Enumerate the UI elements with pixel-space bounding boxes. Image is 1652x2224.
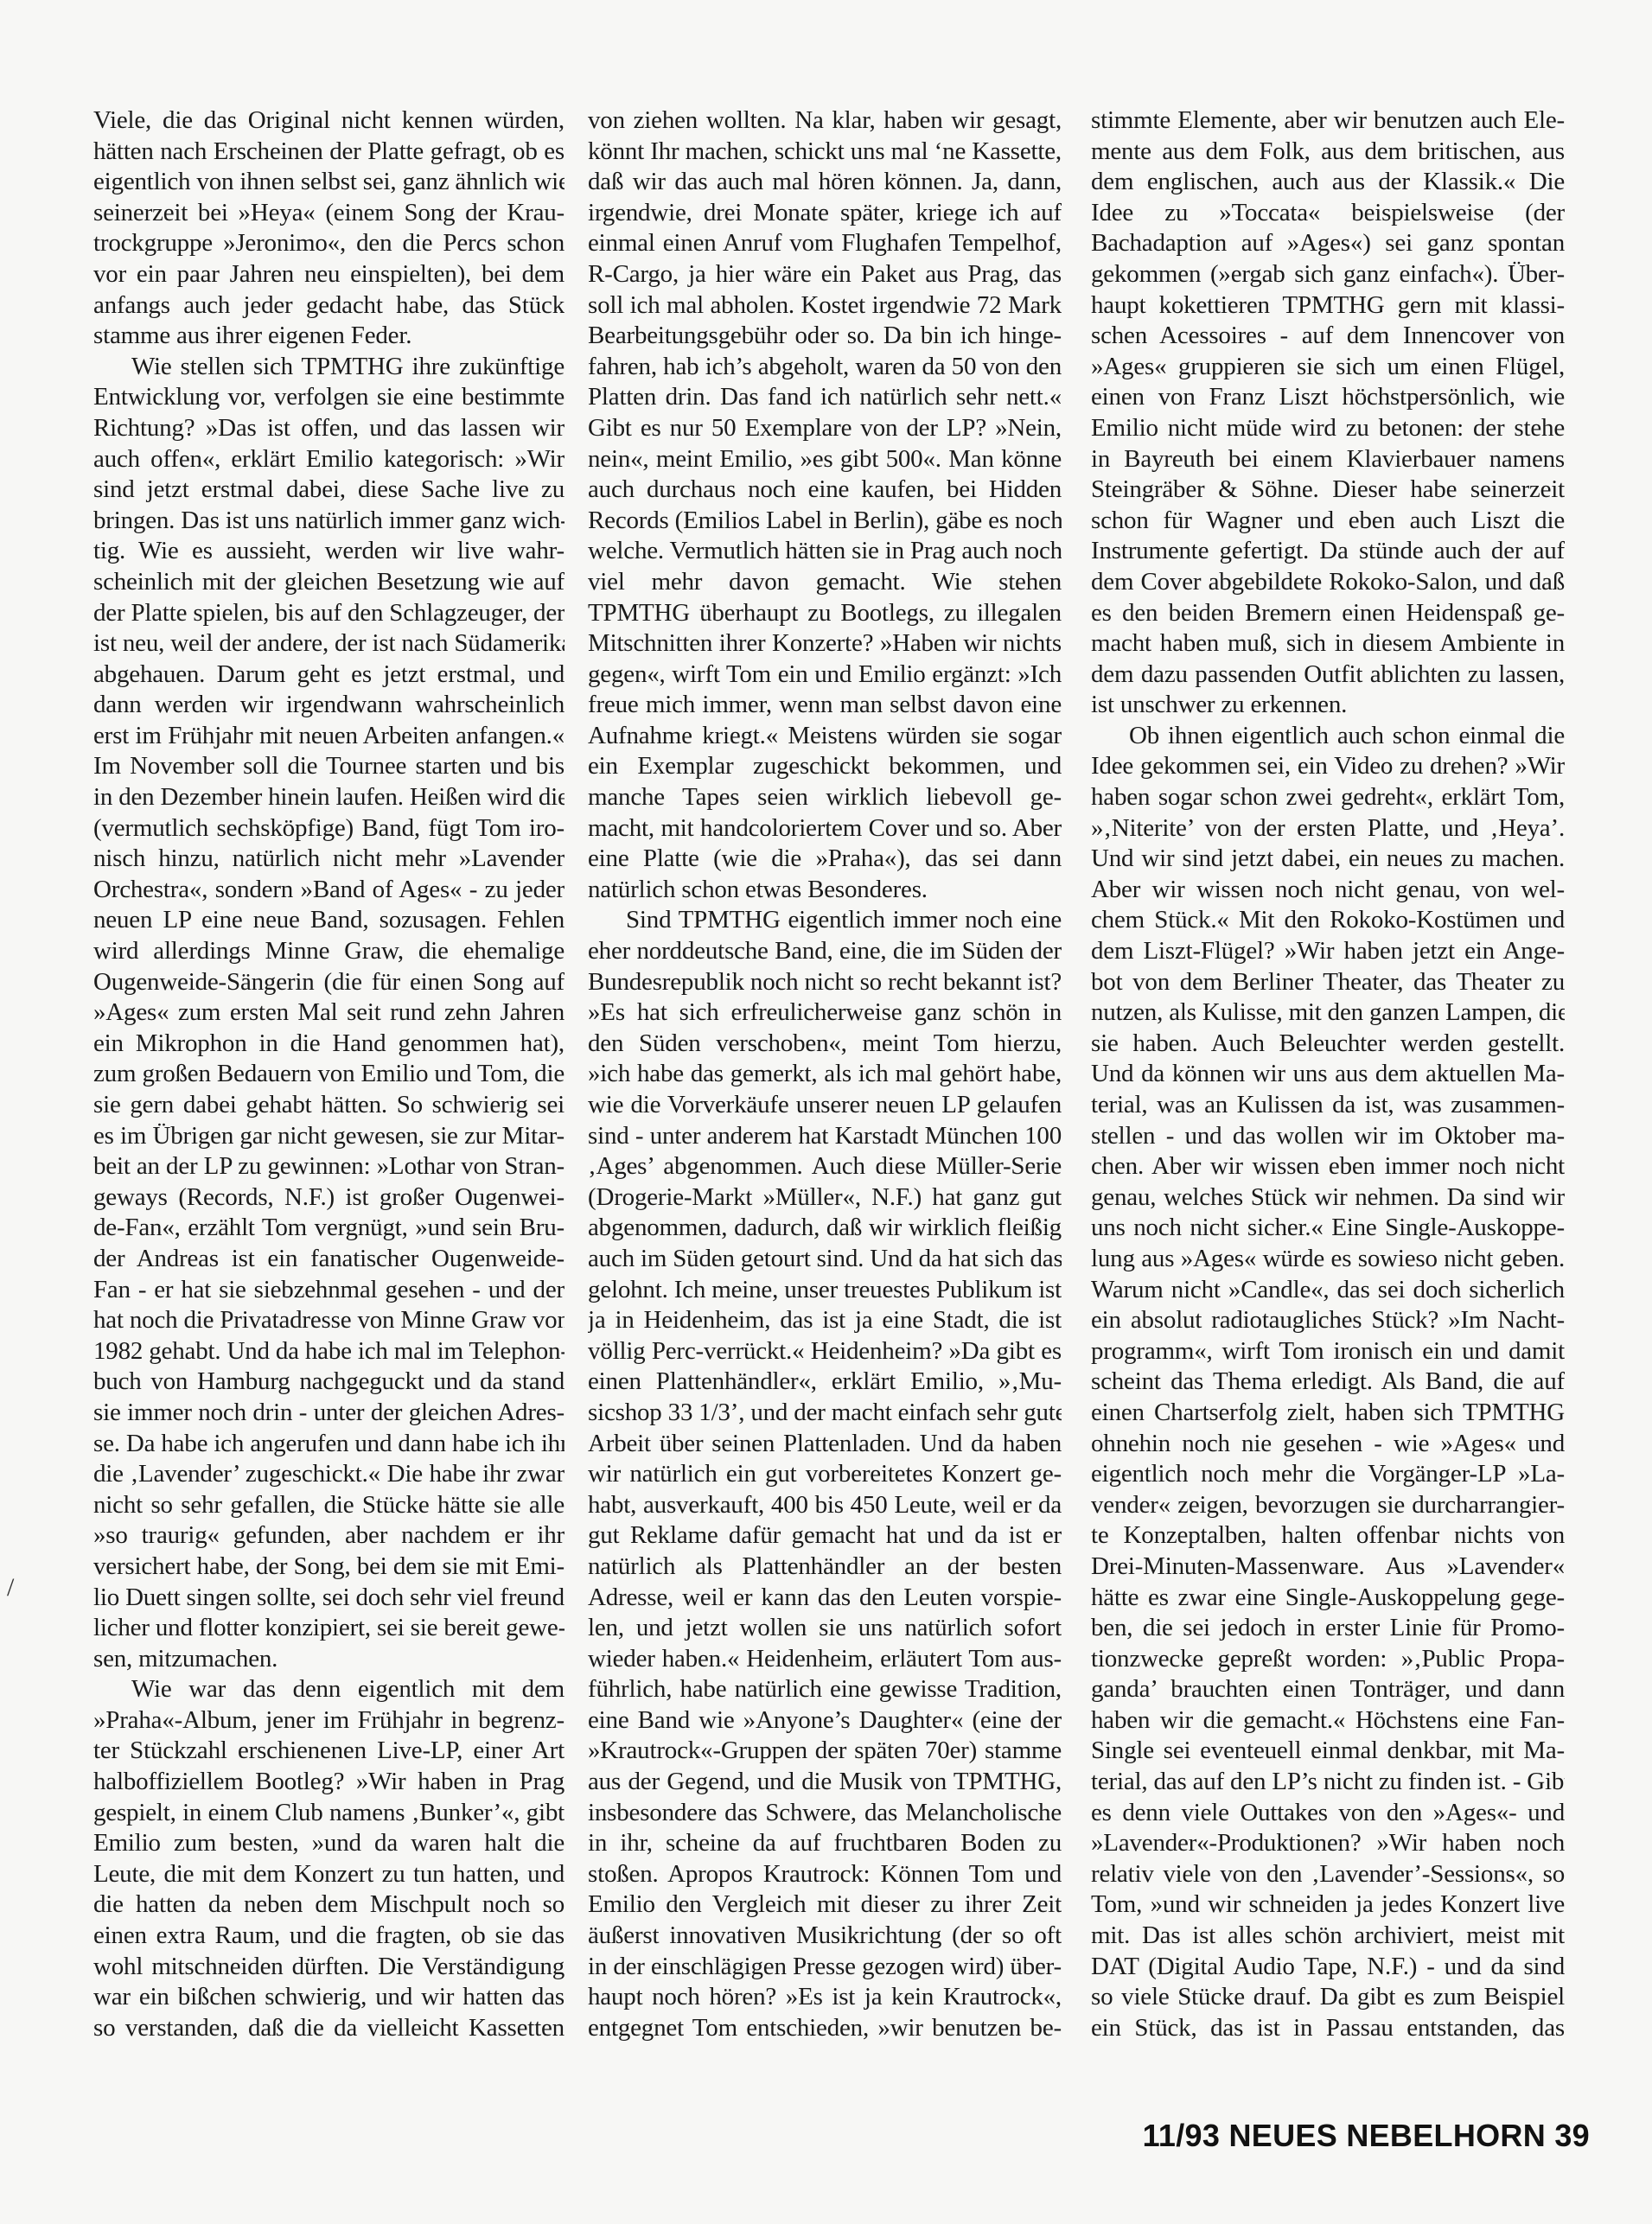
text-line: in den Dezember hinein laufen. Heißen wi… [93, 782, 564, 813]
text-line: fahren, hab ich’s abgeholt, waren da 50 … [588, 352, 1062, 383]
text-line: haupt kokettieren TPMTHG gern mit klassi… [1091, 290, 1565, 322]
magazine-page: / Viele, die das Original nicht kennen w… [0, 0, 1652, 2224]
text-line: schen Acessoires - auf dem Innencover vo… [1091, 321, 1565, 352]
text-line: tionzwecke gepreßt worden: »‚Public Prop… [1091, 1644, 1565, 1675]
text-line: Bachadaption auf »Ages«) sei ganz sponta… [1091, 228, 1565, 259]
text-line: Und wir sind jetzt dabei, ein neues zu m… [1091, 844, 1565, 875]
article-column-1: Viele, die das Original nicht kennen wür… [93, 105, 564, 2043]
text-line: haupt noch hören? »Es ist ja kein Krautr… [588, 1982, 1062, 2013]
text-line: programm«, wirft Tom ironisch ein und da… [1091, 1336, 1565, 1367]
text-line: eigentlich von ihnen selbst sei, ganz äh… [93, 167, 564, 198]
text-line: stoßen. Apropos Krautrock: Können Tom un… [588, 1859, 1062, 1890]
text-line: Aber wir wissen noch nicht genau, von we… [1091, 875, 1565, 906]
text-line: Bearbeitungsgebühr oder so. Da bin ich h… [588, 321, 1062, 352]
text-line: chen. Aber wir wissen eben immer noch ni… [1091, 1151, 1565, 1182]
text-line: scheinlich mit der gleichen Besetzung wi… [93, 567, 564, 598]
text-line: »Ages« gruppieren sie sich um einen Flüg… [1091, 352, 1565, 383]
text-line: Idee gekommen sei, ein Video zu drehen? … [1091, 751, 1565, 782]
text-line: haben wir die gemacht.« Höchstens eine F… [1091, 1705, 1565, 1737]
text-line: »‚Niterite’ von der ersten Platte, und ‚… [1091, 813, 1565, 844]
text-line: stamme aus ihrer eigenen Feder. [93, 321, 564, 352]
text-line: vor ein paar Jahren neu einspielten), be… [93, 259, 564, 290]
text-line: buch von Hamburg nachgeguckt und da stan… [93, 1367, 564, 1398]
text-line: wieder haben.« Heidenheim, erläutert Tom… [588, 1644, 1062, 1675]
text-line: völlig Perc-verrückt.« Heidenheim? »Da g… [588, 1336, 1062, 1367]
text-line: relativ viele von den ‚Lavender’-Session… [1091, 1859, 1565, 1890]
text-line: Mitschnitten ihrer Konzerte? »Haben wir … [588, 628, 1062, 660]
text-line: eine Band wie »Anyone’s Daughter« (eine … [588, 1705, 1062, 1737]
text-line: TPMTHG überhaupt zu Bootlegs, zu illegal… [588, 598, 1062, 629]
text-line: hätten nach Erscheinen der Platte gefrag… [93, 137, 564, 168]
text-line: gegen«, wirft Tom ein und Emilio ergänzt… [588, 660, 1062, 691]
text-line: chem Stück.« Mit den Rokoko-Kostümen und [1091, 905, 1565, 936]
text-line: war ein bißchen schwierig, und wir hatte… [93, 1982, 564, 2013]
text-line: der Andreas ist ein fanatischer Ougenwei… [93, 1244, 564, 1275]
text-line: eher norddeutsche Band, eine, die im Süd… [588, 936, 1062, 967]
text-line: gelohnt. Ich meine, unser treuestes Publ… [588, 1275, 1062, 1306]
text-line: anfangs auch jeder gedacht habe, das Stü… [93, 290, 564, 322]
text-line: manche Tapes seien wirklich liebevoll ge… [588, 782, 1062, 813]
text-line: einen Plattenhändler«, erklärt Emilio, »… [588, 1367, 1062, 1398]
text-line: wir natürlich ein gut vorbereitetes Konz… [588, 1459, 1062, 1490]
text-line: lung aus »Ages« würde es sowieso nicht g… [1091, 1244, 1565, 1275]
text-line: (Drogerie-Markt »Müller«, N.F.) hat ganz… [588, 1182, 1062, 1214]
text-line: äußerst innovativen Musikrichtung (der s… [588, 1921, 1062, 1952]
text-line: gut Reklame dafür gemacht hat und da ist… [588, 1520, 1062, 1552]
text-line: könnt Ihr machen, schickt uns mal ‘ne Ka… [588, 137, 1062, 168]
text-line: natürlich schon etwas Besonderes. [588, 875, 1062, 906]
text-line: sind jetzt erstmal dabei, diese Sache li… [93, 475, 564, 506]
text-line: stimmte Elemente, aber wir benutzen auch… [1091, 105, 1565, 137]
text-line: in der einschlägigen Presse gezogen wird… [588, 1952, 1062, 1983]
text-line: hat noch die Privatadresse von Minne Gra… [93, 1305, 564, 1336]
text-line: auch durchaus noch eine kaufen, bei Hidd… [588, 475, 1062, 506]
text-line: »Praha«-Album, jener im Frühjahr in begr… [93, 1705, 564, 1737]
text-line: welche. Vermutlich hätten sie in Prag au… [588, 536, 1062, 567]
text-line: se. Da habe ich angerufen und dann habe … [93, 1429, 564, 1460]
text-line: Adresse, weil er kann das den Leuten vor… [588, 1583, 1062, 1614]
page-footer: 11/93 NEUES NEBELHORN 39 [1143, 2118, 1590, 2154]
text-line: geways (Records, N.F.) ist großer Ougenw… [93, 1182, 564, 1214]
text-line: den Süden verschoben«, meint Tom hierzu, [588, 1029, 1062, 1060]
text-line: schon für Wagner und eben auch Liszt die [1091, 506, 1565, 537]
text-line: sicshop 33 1/3’, und der macht einfach s… [588, 1398, 1062, 1429]
text-line: Entwicklung vor, verfolgen sie eine best… [93, 382, 564, 413]
text-line: versichert habe, der Song, bei dem sie m… [93, 1552, 564, 1583]
text-line: Records (Emilios Label in Berlin), gäbe … [588, 506, 1062, 537]
text-line: Orchestra«, sondern »Band of Ages« - zu … [93, 875, 564, 906]
text-line: ist neu, weil der andere, der ist nach S… [93, 628, 564, 660]
text-line: bot von dem Berliner Theater, das Theate… [1091, 967, 1565, 998]
text-line: freue mich immer, wenn man selbst davon … [588, 690, 1062, 721]
text-line: ‚Ages’ abgenommen. Auch diese Müller-Ser… [588, 1151, 1062, 1182]
text-line: auch offen«, erklärt Emilio kategorisch:… [93, 444, 564, 475]
text-line: mit. Das ist alles schön archiviert, mei… [1091, 1921, 1565, 1952]
text-line: sie gern dabei gehabt hätten. So schwier… [93, 1090, 564, 1121]
text-line: es im Übrigen gar nicht gewesen, sie zur… [93, 1121, 564, 1152]
text-line: abgehauen. Darum geht es jetzt erstmal, … [93, 660, 564, 691]
text-line: wird allerdings Minne Graw, die ehemalig… [93, 936, 564, 967]
text-line: ein Stück, das ist in Passau entstanden,… [1091, 2013, 1565, 2044]
text-line: Emilio zum besten, »und da waren halt di… [93, 1828, 564, 1859]
text-line: »Es hat sich erfreulicherweise ganz schö… [588, 997, 1062, 1029]
text-line: licher und flotter konzipiert, sei sie b… [93, 1613, 564, 1644]
text-line: Aufnahme kriegt.« Meistens würden sie so… [588, 721, 1062, 752]
text-line: dem englischen, auch aus der Klassik.« D… [1091, 167, 1565, 198]
text-line: Ougenweide-Sängerin (die für einen Song … [93, 967, 564, 998]
footer-issue: 11/93 [1143, 2118, 1221, 2153]
text-line: entgegnet Tom entschieden, »wir benutzen… [588, 2013, 1062, 2044]
text-line: auch im Süden getourt sind. Und da hat s… [588, 1244, 1062, 1275]
article-column-3: stimmte Elemente, aber wir benutzen auch… [1091, 105, 1565, 2043]
text-line: Platten drin. Das fand ich natürlich seh… [588, 382, 1062, 413]
footer-page-number: 39 [1554, 2118, 1590, 2153]
scan-artifact-mark: / [7, 1573, 14, 1603]
text-line: nicht so sehr gefallen, die Stücke hätte… [93, 1490, 564, 1521]
text-line: hätte es zwar eine Single-Auskoppelung g… [1091, 1583, 1565, 1614]
paragraph-first-line: Ob ihnen eigentlich auch schon einmal di… [1091, 721, 1565, 752]
article-column-2: von ziehen wollten. Na klar, haben wir g… [588, 105, 1062, 2043]
text-line: Leute, die mit dem Konzert zu tun hatten… [93, 1859, 564, 1890]
text-line: gespielt, in einem Club namens ‚Bunker’«… [93, 1798, 564, 1829]
text-line: DAT (Digital Audio Tape, N.F.) - und da … [1091, 1952, 1565, 1983]
text-line: erst im Frühjahr mit neuen Arbeiten anfa… [93, 721, 564, 752]
text-line: terial, das auf den LP’s nicht zu finden… [1091, 1767, 1565, 1798]
text-line: uns noch nicht sicher.« Eine Single-Ausk… [1091, 1213, 1565, 1244]
text-line: eine Platte (wie die »Praha«), das sei d… [588, 844, 1062, 875]
text-line: Single sei eventeuell einmal denkbar, mi… [1091, 1736, 1565, 1767]
text-line: »so traurig« gefunden, aber nachdem er i… [93, 1520, 564, 1552]
text-line: ganda’ brauchten einen Tonträger, und da… [1091, 1674, 1565, 1705]
text-line: nein«, meint Emilio, »es gibt 500«. Man … [588, 444, 1062, 475]
text-line: in Bayreuth bei einem Klavierbauer namen… [1091, 444, 1565, 475]
text-line: len, und jetzt wollen sie uns natürlich … [588, 1613, 1062, 1644]
text-line: 1982 gehabt. Und da habe ich mal im Tele… [93, 1336, 564, 1367]
text-line: Steingräber & Söhne. Dieser habe seinerz… [1091, 475, 1565, 506]
text-line: von ziehen wollten. Na klar, haben wir g… [588, 105, 1062, 137]
text-line: trockgruppe »Jeronimo«, den die Percs sc… [93, 228, 564, 259]
text-line: macht, mit handcoloriertem Cover und so.… [588, 813, 1062, 844]
text-line: irgendwie, drei Monate später, kriege ic… [588, 198, 1062, 229]
text-line: sie immer noch drin - unter der gleichen… [93, 1398, 564, 1429]
text-line: halboffiziellem Bootleg? »Wir haben in P… [93, 1767, 564, 1798]
text-line: nisch hinzu, natürlich nicht mehr »Laven… [93, 844, 564, 875]
text-line: gekommen (»ergab sich ganz einfach«). Üb… [1091, 259, 1565, 290]
text-line: führlich, habe natürlich eine gewisse Tr… [588, 1674, 1062, 1705]
text-line: eigentlich noch mehr die Vorgänger-LP »L… [1091, 1459, 1565, 1490]
text-line: so viele Stücke drauf. Da gibt es zum Be… [1091, 1982, 1565, 2013]
text-line: ben, die sei jedoch in erster Linie für … [1091, 1613, 1565, 1644]
text-line: Tom, »und wir schneiden ja jedes Konzert… [1091, 1889, 1565, 1921]
text-line: die ‚Lavender’ zugeschickt.« Die habe ih… [93, 1459, 564, 1490]
text-line: ein Exemplar zugeschickt bekommen, und [588, 751, 1062, 782]
text-line: Idee zu »Toccata« beispielsweise (der [1091, 198, 1565, 229]
text-line: in ihr, scheine da auf fruchtbaren Boden… [588, 1828, 1062, 1859]
text-line: »Krautrock«-Gruppen der späten 70er) sta… [588, 1736, 1062, 1767]
text-line: bringen. Das ist uns natürlich immer gan… [93, 506, 564, 537]
text-line: R-Cargo, ja hier wäre ein Paket aus Prag… [588, 259, 1062, 290]
text-line: so verstanden, daß die da vielleicht Kas… [93, 2013, 564, 2044]
text-line: ein Mikrophon in die Hand genommen hat), [93, 1029, 564, 1060]
text-line: natürlich als Plattenhändler an der best… [588, 1552, 1062, 1583]
text-line: Viele, die das Original nicht kennen wür… [93, 105, 564, 137]
text-line: viel mehr davon gemacht. Wie stehen [588, 567, 1062, 598]
text-line: ja in Heidenheim, das ist ja eine Stadt,… [588, 1305, 1062, 1336]
text-line: ohnehin noch nie gesehen - wie »Ages« un… [1091, 1429, 1565, 1460]
text-line: insbesondere das Schwere, das Melancholi… [588, 1798, 1062, 1829]
text-line: Im November soll die Tournee starten und… [93, 751, 564, 782]
text-line: Warum nicht »Candle«, das sei doch siche… [1091, 1275, 1565, 1306]
text-line: »Ages« zum ersten Mal seit rund zehn Jah… [93, 997, 564, 1029]
text-line: Instrumente gefertigt. Da stünde auch de… [1091, 536, 1565, 567]
text-line: Und da können wir uns aus dem aktuellen … [1091, 1059, 1565, 1090]
text-line: dem dazu passenden Outfit ablichten zu l… [1091, 660, 1565, 691]
text-line: einmal einen Anruf vom Flughafen Tempelh… [588, 228, 1062, 259]
text-line: wohl mitschneiden dürften. Die Verständi… [93, 1952, 564, 1983]
text-line: haben sogar schon zwei gedreht«, erklärt… [1091, 782, 1565, 813]
text-line: terial, was an Kulissen da ist, was zusa… [1091, 1090, 1565, 1121]
text-line: stellen - und das wollen wir im Oktober … [1091, 1121, 1565, 1152]
text-line: Bundesrepublik noch nicht so recht bekan… [588, 967, 1062, 998]
paragraph-first-line: Wie stellen sich TPMTHG ihre zukünftige [93, 352, 564, 383]
text-line: genau, welches Stück wir nehmen. Da sind… [1091, 1182, 1565, 1214]
text-line: Gibt es nur 50 Exemplare von der LP? »Ne… [588, 413, 1062, 444]
text-line: Emilio nicht müde wird zu betonen: der s… [1091, 413, 1565, 444]
text-line: abgenommen, dadurch, daß wir wirklich fl… [588, 1213, 1062, 1244]
text-line: neuen LP eine neue Band, sozusagen. Fehl… [93, 905, 564, 936]
text-line: die hatten da neben dem Mischpult noch s… [93, 1889, 564, 1921]
text-line: Arbeit über seinen Plattenladen. Und da … [588, 1429, 1062, 1460]
text-line: mente aus dem Folk, aus dem britischen, … [1091, 137, 1565, 168]
text-line: soll ich mal abholen. Kostet irgendwie 7… [588, 290, 1062, 322]
text-line: sind - unter anderem hat Karstadt Münche… [588, 1121, 1062, 1152]
text-line: Richtung? »Das ist offen, und das lassen… [93, 413, 564, 444]
text-line: einen von Franz Liszt höchstpersönlich, … [1091, 382, 1565, 413]
text-line: zum großen Bedauern von Emilio und Tom, … [93, 1059, 564, 1090]
text-line: de-Fan«, erzählt Tom vergnügt, »und sein… [93, 1213, 564, 1244]
text-line: habt, ausverkauft, 400 bis 450 Leute, we… [588, 1490, 1062, 1521]
text-line: ist unschwer zu erkennen. [1091, 690, 1565, 721]
paragraph-first-line: Sind TPMTHG eigentlich immer noch eine [588, 905, 1062, 936]
text-line: nutzen, als Kulisse, mit den ganzen Lamp… [1091, 997, 1565, 1029]
text-line: aus der Gegend, und die Musik von TPMTHG… [588, 1767, 1062, 1798]
text-line: beit an der LP zu gewinnen: »Lothar von … [93, 1151, 564, 1182]
text-line: der Platte spielen, bis auf den Schlagze… [93, 598, 564, 629]
text-line: dem Cover abgebildete Rokoko-Salon, und … [1091, 567, 1565, 598]
text-line: dann werden wir irgendwann wahrscheinlic… [93, 690, 564, 721]
text-line: Emilio den Vergleich mit dieser zu ihrer… [588, 1889, 1062, 1921]
text-line: ter Stückzahl erschienenen Live-LP, eine… [93, 1736, 564, 1767]
text-line: es den beiden Bremern einen Heidenspaß g… [1091, 598, 1565, 629]
text-line: ein absolut radiotaugliches Stück? »Im N… [1091, 1305, 1565, 1336]
text-line: »Lavender«-Produktionen? »Wir haben noch [1091, 1828, 1565, 1859]
text-line: lio Duett singen sollte, sei doch sehr v… [93, 1583, 564, 1614]
text-line: (vermutlich sechsköpfige) Band, fügt Tom… [93, 813, 564, 844]
text-line: tig. Wie es aussieht, werden wir live wa… [93, 536, 564, 567]
text-line: scheint das Thema erledigt. Als Band, di… [1091, 1367, 1565, 1398]
text-line: einen Chartserfolg zielt, haben sich TPM… [1091, 1398, 1565, 1429]
paragraph-first-line: Wie war das denn eigentlich mit dem [93, 1674, 564, 1705]
text-line: daß wir das auch mal hören können. Ja, d… [588, 167, 1062, 198]
footer-magazine-name: NEUES NEBELHORN [1228, 2118, 1546, 2153]
text-line: sie haben. Auch Beleuchter werden gestel… [1091, 1029, 1565, 1060]
text-line: wie die Vorverkäufe unserer neuen LP gel… [588, 1090, 1062, 1121]
text-line: sen, mitzumachen. [93, 1644, 564, 1675]
text-line: te Konzeptalben, halten offenbar nichts … [1091, 1520, 1565, 1552]
text-line: dem Liszt-Flügel? »Wir haben jetzt ein A… [1091, 936, 1565, 967]
text-line: Drei-Minuten-Massenware. Aus »Lavender« [1091, 1552, 1565, 1583]
text-line: es denn viele Outtakes von den »Ages«- u… [1091, 1798, 1565, 1829]
text-line: einen extra Raum, und die fragten, ob si… [93, 1921, 564, 1952]
text-line: seinerzeit bei »Heya« (einem Song der Kr… [93, 198, 564, 229]
text-line: vender« zeigen, bevorzugen sie durcharra… [1091, 1490, 1565, 1521]
text-line: »ich habe das gemerkt, als ich mal gehör… [588, 1059, 1062, 1090]
text-line: macht haben muß, sich in diesem Ambiente… [1091, 628, 1565, 660]
text-line: Fan - er hat sie siebzehnmal gesehen - u… [93, 1275, 564, 1306]
